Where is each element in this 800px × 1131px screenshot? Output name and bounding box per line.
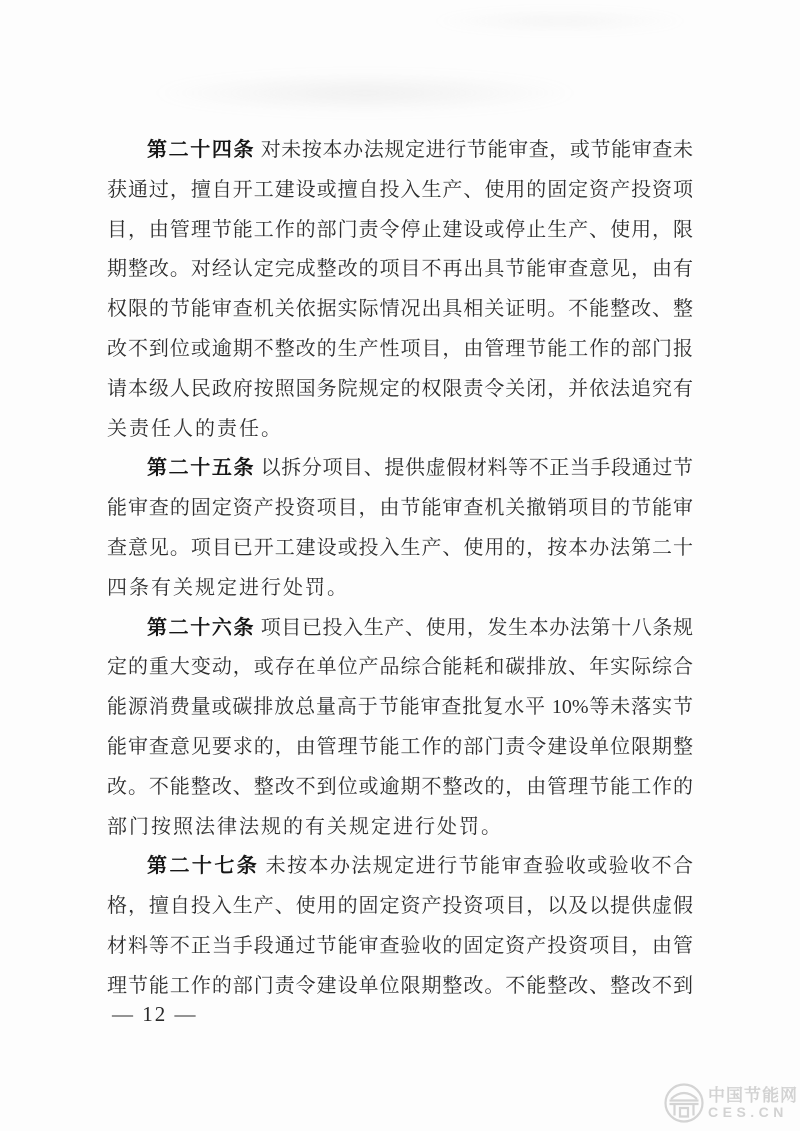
text-line: 格，擅自投入生产、使用的固定资产投资项目，以及以提供虚假 (107, 887, 693, 927)
text-line: 关责任人的责任。 (107, 410, 693, 450)
text-line: 改。不能整改、整改不到位或逾期不整改的，由管理节能工作的 (107, 768, 693, 808)
article-number: 第二十四条 (147, 139, 255, 161)
text-line: 第二十四条 对未按本办法规定进行节能审查，或节能审查未 (107, 131, 693, 171)
watermark-site-domain: CES.CN (708, 1105, 798, 1120)
watermark-text: 中国节能网 CES.CN (708, 1087, 798, 1120)
page-number: — 12 — (112, 1002, 198, 1027)
document-text: 第二十四条 对未按本办法规定进行节能审查，或节能审查未获通过，擅自开工建设或擅自… (107, 131, 693, 1007)
text-line: 部门按照法律法规的有关规定进行处罚。 (107, 808, 693, 848)
text-line: 材料等不正当手段通过节能审查验收的固定资产投资项目，由管 (107, 927, 693, 967)
document-page: 第二十四条 对未按本办法规定进行节能审查，或节能审查未获通过，擅自开工建设或擅自… (0, 0, 800, 1131)
scan-artifact (150, 72, 580, 114)
article-number: 第二十五条 (147, 457, 255, 479)
text-line: 获通过，擅自开工建设或擅自投入生产、使用的固定资产投资项 (107, 171, 693, 211)
text-line: 期整改。对经认定完成整改的项目不再出具节能审查意见，由有 (107, 250, 693, 290)
ces-logo-icon (663, 1082, 705, 1124)
text-line: 目，由管理节能工作的部门责令停止建设或停止生产、使用，限 (107, 211, 693, 251)
text-line: 权限的节能审查机关依据实际情况出具相关证明。不能整改、整 (107, 290, 693, 330)
text-line: 能审查意见要求的，由管理节能工作的部门责令建设单位限期整 (107, 728, 693, 768)
text-line: 改不到位或逾期不整改的生产性项目，由管理节能工作的部门报 (107, 330, 693, 370)
text-line: 请本级人民政府按照国务院规定的权限责令关闭，并依法追究有 (107, 370, 693, 410)
article-number: 第二十七条 (147, 855, 259, 877)
watermark-site-name: 中国节能网 (708, 1087, 798, 1105)
text-line: 查意见。项目已开工建设或投入生产、使用的，按本办法第二十 (107, 529, 693, 569)
watermark: 中国节能网 CES.CN (663, 1082, 798, 1124)
text-line: 四条有关规定进行处罚。 (107, 569, 693, 609)
text-line: 理节能工作的部门责令建设单位限期整改。不能整改、整改不到 (107, 967, 693, 1007)
text-line: 第二十五条 以拆分项目、提供虚假材料等不正当手段通过节 (107, 449, 693, 489)
text-line: 能源消费量或碳排放总量高于节能审查批复水平 10%等未落实节 (107, 688, 693, 728)
text-line: 定的重大变动，或存在单位产品综合能耗和碳排放、年实际综合 (107, 648, 693, 688)
text-line: 第二十六条 项目已投入生产、使用，发生本办法第十八条规 (107, 609, 693, 649)
text-line: 能审查的固定资产投资项目，由节能审查机关撤销项目的节能审 (107, 489, 693, 529)
scan-artifact (430, 8, 690, 34)
article-number: 第二十六条 (147, 617, 255, 639)
text-line: 第二十七条 未按本办法规定进行节能审查验收或验收不合 (107, 847, 693, 887)
